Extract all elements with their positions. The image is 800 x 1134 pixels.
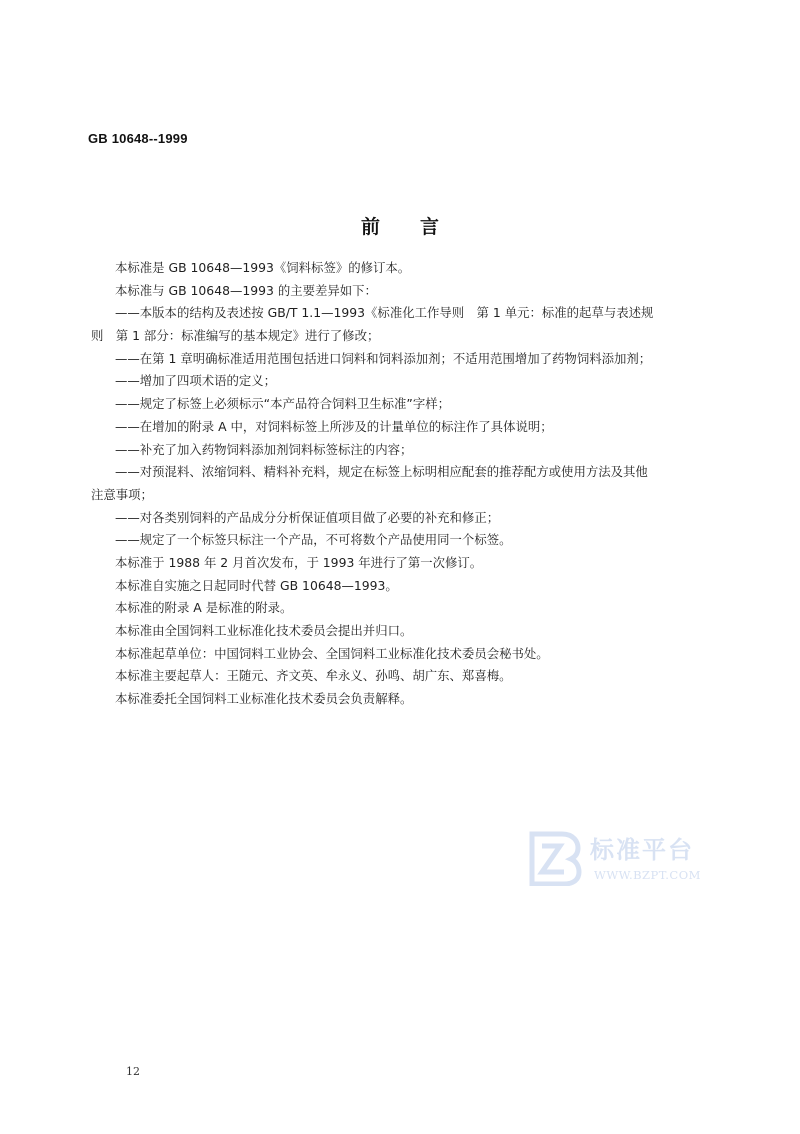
paragraph-line: 本标准委托全国饲料工业标准化技术委员会负责解释。: [91, 688, 723, 711]
standard-code: GB 10648--1999: [88, 131, 188, 146]
list-item-continuation: 注意事项；: [91, 484, 723, 507]
list-item: ——对各类别饲料的产品成分分析保证值项目做了必要的补充和修正；: [91, 507, 723, 530]
list-item-continuation: 则 第 1 部分：标准编写的基本规定》进行了修改；: [91, 325, 723, 348]
page-number: 12: [126, 1065, 140, 1078]
bzpt-logo-icon: [528, 830, 582, 886]
watermark: 标准平台 WWW.BZPT.COM: [528, 828, 718, 890]
title-char-2: 言: [420, 216, 439, 238]
list-item: ——本版本的结构及表述按 GB/T 1.1—1993《标准化工作导则 第 1 单…: [91, 302, 723, 325]
list-item: ——对预混料、浓缩饲料、精料补充料，规定在标签上标明相应配套的推荐配方或使用方法…: [91, 461, 723, 484]
paragraph-line: 本标准由全国饲料工业标准化技术委员会提出并归口。: [91, 620, 723, 643]
foreword-body: 本标准是 GB 10648—1993《饲料标签》的修订本。 本标准与 GB 10…: [91, 257, 723, 711]
paragraph-line: 本标准起草单位：中国饲料工业协会、全国饲料工业标准化技术委员会秘书处。: [91, 643, 723, 666]
paragraph-line: 本标准是 GB 10648—1993《饲料标签》的修订本。: [91, 257, 723, 280]
paragraph-line: 本标准自实施之日起同时代替 GB 10648—1993。: [91, 575, 723, 598]
page-title: 前言: [0, 212, 800, 239]
list-item: ——在第 1 章明确标准适用范围包括进口饲料和饲料添加剂；不适用范围增加了药物饲…: [91, 348, 723, 371]
list-item: ——在增加的附录 A 中，对饲料标签上所涉及的计量单位的标注作了具体说明；: [91, 416, 723, 439]
list-item: ——规定了一个标签只标注一个产品，不可将数个产品使用同一个标签。: [91, 529, 723, 552]
watermark-url: WWW.BZPT.COM: [594, 868, 701, 882]
paragraph-line: 本标准主要起草人：王随元、齐文英、牟永义、孙鸣、胡广东、郑喜梅。: [91, 665, 723, 688]
paragraph-line: 本标准于 1988 年 2 月首次发布，于 1993 年进行了第一次修订。: [91, 552, 723, 575]
title-char-1: 前: [361, 216, 380, 238]
watermark-title: 标准平台: [590, 830, 694, 865]
paragraph-line: 本标准与 GB 10648—1993 的主要差异如下：: [91, 280, 723, 303]
list-item: ——增加了四项术语的定义；: [91, 370, 723, 393]
paragraph-line: 本标准的附录 A 是标准的附录。: [91, 597, 723, 620]
list-item: ——规定了标签上必须标示“本产品符合饲料卫生标准”字样；: [91, 393, 723, 416]
list-item: ——补充了加入药物饲料添加剂饲料标签标注的内容；: [91, 439, 723, 462]
